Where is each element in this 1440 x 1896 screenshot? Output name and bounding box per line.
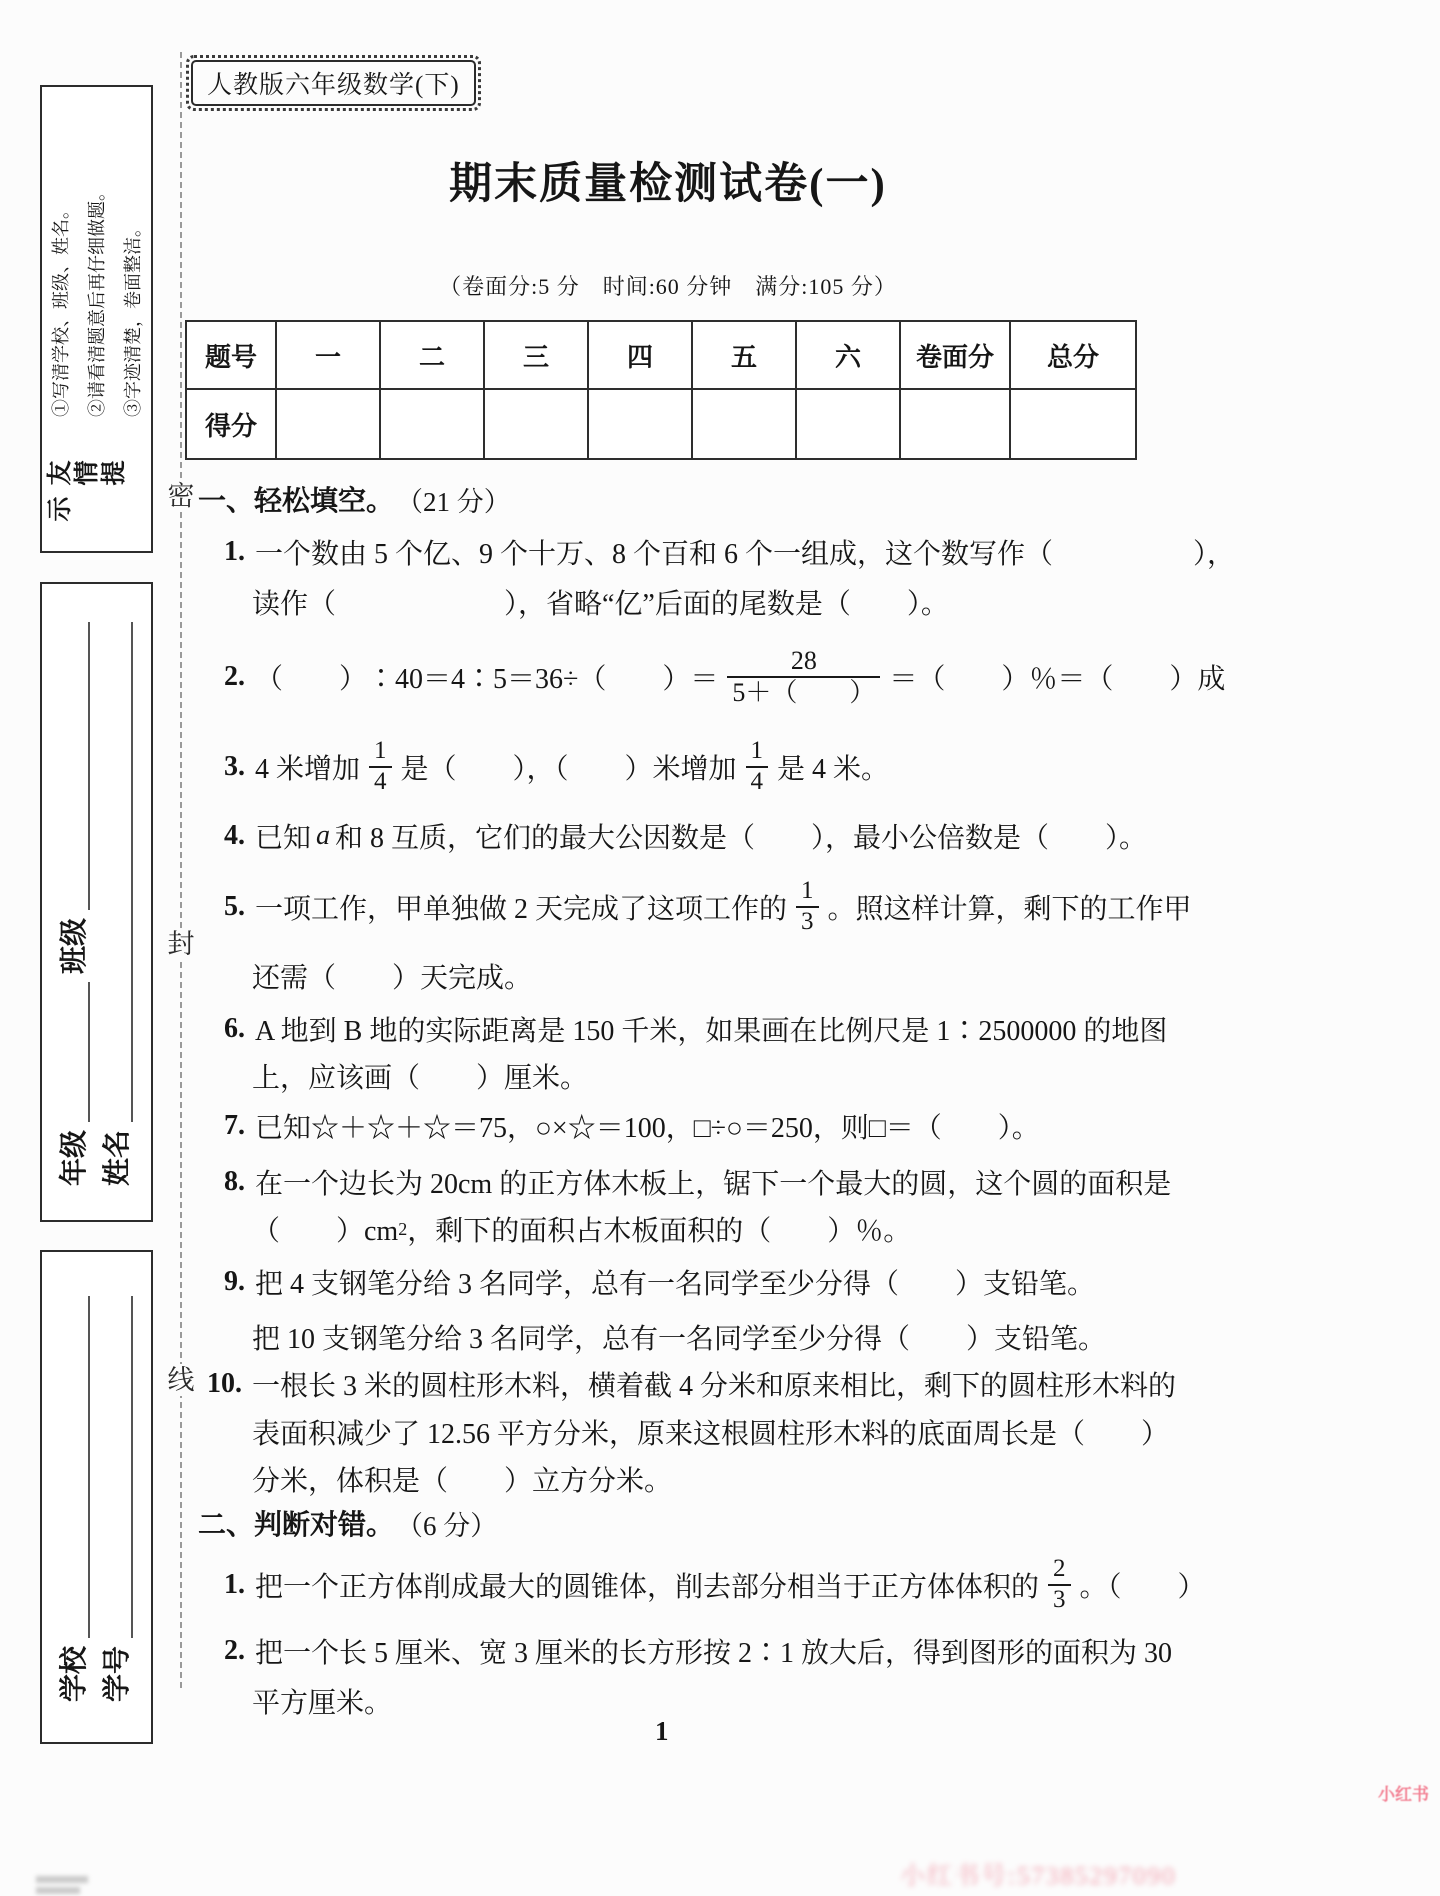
score-cell-empty — [900, 389, 1010, 459]
section1-points: （21 分） — [396, 480, 511, 519]
student-id-row: 学号 — [103, 1288, 133, 1702]
question-line: 9. 把 4 支钢笔分给 3 名同学，总有一名同学至少分得（ ）支铅笔。 — [224, 1263, 1095, 1301]
score-cell-empty — [484, 389, 588, 459]
q3-fraction1-denominator: 4 — [369, 766, 392, 797]
s2q1-fraction: 2 3 — [1048, 1555, 1071, 1615]
th-part-3: 三 — [484, 321, 588, 389]
name-row: 姓名 — [103, 614, 133, 1186]
th-part-4: 四 — [588, 321, 692, 389]
q4-variable-a: a — [316, 820, 330, 852]
seal-char-xian: 线 — [164, 1364, 198, 1396]
question-line: 表面积减少了 12.56 平方分米，原来这根圆柱形木料的底面周长是（ ） — [252, 1413, 1169, 1451]
question-line: 5. 一项工作，甲单独做 2 天完成了这项工作的 1 3 。照这样计算，剩下的工… — [224, 888, 1192, 926]
q3-fraction2-numerator: 1 — [746, 737, 769, 766]
seal-char-feng: 封 — [164, 928, 198, 960]
q1-text-line1: 一个数由 5 个亿、9 个十万、8 个百和 6 个一组成，这个数写作（ ）， — [255, 532, 1235, 572]
q2-text-b: ＝（ ）％＝（ ）成 — [889, 657, 1225, 697]
class-blank-line — [64, 622, 90, 910]
q7-text: 已知☆＋☆＋☆＝75，○×☆＝100，□÷○＝250，则□＝（ ）。 — [255, 1106, 1040, 1146]
question-line: （ ）cm2，剩下的面积占木板面积的（ ）％。 — [252, 1210, 911, 1248]
school-info-box: 学校 学号 — [40, 1250, 153, 1744]
notice-items: ①写清学校、班级、姓名。 ②请看清题意后再仔细做题。 ③字迹清楚，卷面整洁。 — [43, 183, 151, 417]
q4-text-a: 已知 — [255, 816, 311, 856]
s2q2-number: 2. — [224, 1635, 245, 1667]
question-line: 平方厘米。 — [252, 1682, 392, 1720]
name-label: 姓名 — [103, 1130, 133, 1186]
q5-number: 5. — [224, 891, 245, 923]
student-info-box: 年级 班级 姓名 — [40, 582, 153, 1222]
notice-item-3: ③字迹清楚，卷面整洁。 — [115, 183, 151, 417]
score-cell-empty — [588, 389, 692, 459]
s2q1-fraction-denominator: 3 — [1048, 1584, 1071, 1615]
school-info-rotated: 学校 学号 — [42, 1252, 151, 1742]
th-part-2: 二 — [380, 321, 484, 389]
notice-content: 友情提示 ①写清学校、班级、姓名。 ②请看清题意后再仔细做题。 ③字迹清楚，卷面… — [42, 87, 151, 551]
q1-text-line2: 读作（ ），省略“亿”后面的尾数是（ ）。 — [252, 582, 949, 622]
student-id-label: 学号 — [103, 1646, 133, 1702]
question-line: 1. 一个数由 5 个亿、9 个十万、8 个百和 6 个一组成，这个数写作（ ）… — [224, 533, 1235, 571]
edition-badge: 人教版六年级数学(下) — [186, 55, 481, 111]
q8-text-line1: 在一个边长为 20cm 的正方体木板上，锯下一个最大的圆，这个圆的面积是 — [255, 1162, 1171, 1202]
score-table-header-row: 题号 一 二 三 四 五 六 卷面分 总分 — [186, 321, 1136, 389]
seal-dashed-line — [180, 52, 182, 1688]
grade-class-row: 年级 班级 — [60, 614, 90, 1186]
q5-text-b: 。照这样计算，剩下的工作甲 — [828, 887, 1192, 927]
question-line: 上，应该画（ ）厘米。 — [252, 1057, 588, 1095]
q3-number: 3. — [224, 751, 245, 783]
question-line: 读作（ ），省略“亿”后面的尾数是（ ）。 — [252, 583, 949, 621]
th-paper-score: 卷面分 — [900, 321, 1010, 389]
section2-points: （6 分） — [396, 1504, 497, 1543]
notice-item-1: ①写清学校、班级、姓名。 — [43, 183, 79, 417]
th-question-no: 题号 — [186, 321, 276, 389]
question-line: 6. A 地到 B 地的实际距离是 150 千米，如果画在比例尺是 1∶2500… — [224, 1010, 1167, 1048]
q3-fraction1-numerator: 1 — [369, 737, 392, 766]
q4-number: 4. — [224, 820, 245, 852]
th-part-1: 一 — [276, 321, 380, 389]
question-line: 7. 已知☆＋☆＋☆＝75，○×☆＝100，□÷○＝250，则□＝（ ）。 — [224, 1107, 1040, 1145]
th-part-5: 五 — [692, 321, 796, 389]
score-cell-empty — [1010, 389, 1136, 459]
question-line: 4. 已知 a 和 8 互质，它们的最大公因数是（ ），最小公倍数是（ ）。 — [224, 817, 1147, 855]
q5-fraction-denominator: 3 — [796, 906, 819, 937]
q8-superscript: 2 — [398, 1219, 407, 1240]
q3-fraction-2: 1 4 — [746, 737, 769, 797]
xiaohongshu-watermark-logo: 小红书 — [1378, 1780, 1429, 1805]
score-table: 题号 一 二 三 四 五 六 卷面分 总分 得分 — [185, 320, 1137, 460]
class-label: 班级 — [60, 918, 90, 974]
question-line: 3. 4 米增加 1 4 是（ ），（ ）米增加 1 4 是 4 米。 — [224, 748, 889, 786]
q6-text-line1: A 地到 B 地的实际距离是 150 千米，如果画在比例尺是 1∶2500000… — [255, 1009, 1167, 1049]
illegible-print-mark — [36, 1887, 80, 1894]
paper-title: 期末质量检测试卷(一) — [449, 150, 887, 211]
q6-text-line2: 上，应该画（ ）厘米。 — [252, 1056, 588, 1096]
question-line: 1. 把一个正方体削成最大的圆锥体，削去部分相当于正方体体积的 2 3 。（ ） — [224, 1566, 1206, 1604]
q5-fraction: 1 3 — [796, 877, 819, 937]
q10-text-line1: 一根长 3 米的圆柱形木料，横着截 4 分米和原来相比，剩下的圆柱形木料的 — [252, 1364, 1176, 1404]
score-row-label: 得分 — [186, 389, 276, 459]
q2-number: 2. — [224, 661, 245, 693]
th-part-6: 六 — [796, 321, 900, 389]
worksheet-page: 密 封 线 友情提示 ①写清学校、班级、姓名。 ②请看清题意后再仔细做题。 ③字… — [0, 0, 1440, 1896]
edition-badge-text: 人教版六年级数学(下) — [191, 60, 476, 106]
q2-fraction: 28 5＋（ ） — [727, 646, 880, 708]
s2q1-number: 1. — [224, 1569, 245, 1601]
q3-text-c: 是 4 米。 — [777, 747, 889, 787]
q8-text-line2a: （ ）cm — [252, 1209, 398, 1249]
section1-header: 一、轻松填空。 （21 分） — [198, 479, 511, 519]
question-line: 2. 把一个长 5 厘米、宽 3 厘米的长方形按 2∶1 放大后，得到图形的面积… — [224, 1632, 1172, 1670]
q5-text-line2: 还需（ ）天完成。 — [252, 956, 532, 996]
q5-text-a: 一项工作，甲单独做 2 天完成了这项工作的 — [255, 887, 787, 927]
illegible-print-mark — [36, 1876, 88, 1883]
grade-label: 年级 — [60, 1130, 90, 1186]
section2-header: 二、判断对错。 （6 分） — [198, 1503, 497, 1543]
q3-fraction2-denominator: 4 — [746, 766, 769, 797]
s2q1-text-a: 把一个正方体削成最大的圆锥体，削去部分相当于正方体体积的 — [255, 1565, 1039, 1605]
q5-fraction-numerator: 1 — [796, 877, 819, 906]
q9-text-line1: 把 4 支钢笔分给 3 名同学，总有一名同学至少分得（ ）支铅笔。 — [255, 1262, 1095, 1302]
s2q2-text-line1: 把一个长 5 厘米、宽 3 厘米的长方形按 2∶1 放大后，得到图形的面积为 3… — [255, 1631, 1172, 1671]
score-cell-empty — [692, 389, 796, 459]
q6-number: 6. — [224, 1013, 245, 1045]
grade-blank-line — [64, 982, 90, 1122]
score-cell-empty — [276, 389, 380, 459]
student-id-blank-line — [107, 1296, 133, 1638]
q2-fraction-numerator: 28 — [786, 646, 822, 676]
seal-char-mi: 密 — [164, 480, 198, 512]
score-table-score-row: 得分 — [186, 389, 1136, 459]
school-row: 学校 — [60, 1288, 90, 1702]
paper-subtitle: （卷面分:5 分 时间:60 分钟 满分:105 分） — [439, 270, 897, 301]
xiaohongshu-watermark-id: 小红书号:57385297090 — [900, 1856, 1176, 1892]
school-info-fields: 学校 学号 — [42, 1252, 151, 1742]
q10-text-line2: 表面积减少了 12.56 平方分米，原来这根圆柱形木料的底面周长是（ ） — [252, 1412, 1169, 1452]
q3-text-a: 4 米增加 — [255, 747, 360, 787]
q9-number: 9. — [224, 1266, 245, 1298]
student-info-fields: 年级 班级 姓名 — [42, 584, 151, 1220]
q4-text-b: 和 8 互质，它们的最大公因数是（ ），最小公倍数是（ ）。 — [335, 816, 1147, 856]
th-total-score: 总分 — [1010, 321, 1136, 389]
q3-fraction-1: 1 4 — [369, 737, 392, 797]
question-line: 把 10 支钢笔分给 3 名同学，总有一名同学至少分得（ ）支铅笔。 — [252, 1318, 1106, 1356]
q3-text-b: 是（ ），（ ）米增加 — [401, 747, 737, 787]
question-line: 10. 一根长 3 米的圆柱形木料，横着截 4 分米和原来相比，剩下的圆柱形木料… — [207, 1365, 1176, 1403]
notice-title: 友情提示 — [46, 457, 147, 529]
section2-title: 二、判断对错。 — [198, 1503, 394, 1543]
q8-text-line2b: ，剩下的面积占木板面积的（ ）％。 — [407, 1209, 911, 1249]
q2-text-a: （ ）∶40＝4∶5＝36÷（ ）＝ — [255, 657, 718, 697]
q2-fraction-denominator: 5＋（ ） — [727, 676, 880, 708]
q10-text-line3: 分米，体积是（ ）立方分米。 — [252, 1459, 672, 1499]
school-label: 学校 — [60, 1646, 90, 1702]
question-line: 8. 在一个边长为 20cm 的正方体木板上，锯下一个最大的圆，这个圆的面积是 — [224, 1163, 1171, 1201]
question-line: 2. （ ）∶40＝4∶5＝36÷（ ）＝ 28 5＋（ ） ＝（ ）％＝（ ）… — [224, 658, 1225, 696]
question-line: 分米，体积是（ ）立方分米。 — [252, 1460, 672, 1498]
name-blank-line — [107, 622, 133, 1122]
score-cell-empty — [380, 389, 484, 459]
q7-number: 7. — [224, 1110, 245, 1142]
s2q2-text-line2: 平方厘米。 — [252, 1681, 392, 1721]
page-number: 1 — [655, 1716, 669, 1747]
s2q1-fraction-numerator: 2 — [1048, 1555, 1071, 1584]
q9-text-line2: 把 10 支钢笔分给 3 名同学，总有一名同学至少分得（ ）支铅笔。 — [252, 1317, 1106, 1357]
student-info-rotated: 年级 班级 姓名 — [42, 584, 151, 1220]
question-line: 还需（ ）天完成。 — [252, 957, 532, 995]
notice-item-2: ②请看清题意后再仔细做题。 — [79, 183, 115, 417]
notice-box-rotated: 友情提示 ①写清学校、班级、姓名。 ②请看清题意后再仔细做题。 ③字迹清楚，卷面… — [42, 87, 151, 551]
notice-box: 友情提示 ①写清学校、班级、姓名。 ②请看清题意后再仔细做题。 ③字迹清楚，卷面… — [40, 85, 153, 553]
section1-title: 一、轻松填空。 — [198, 479, 394, 519]
q8-number: 8. — [224, 1166, 245, 1198]
q10-number: 10. — [207, 1368, 242, 1400]
s2q1-text-b: 。（ ） — [1080, 1565, 1206, 1605]
school-blank-line — [64, 1296, 90, 1638]
q1-number: 1. — [224, 536, 245, 568]
score-cell-empty — [796, 389, 900, 459]
